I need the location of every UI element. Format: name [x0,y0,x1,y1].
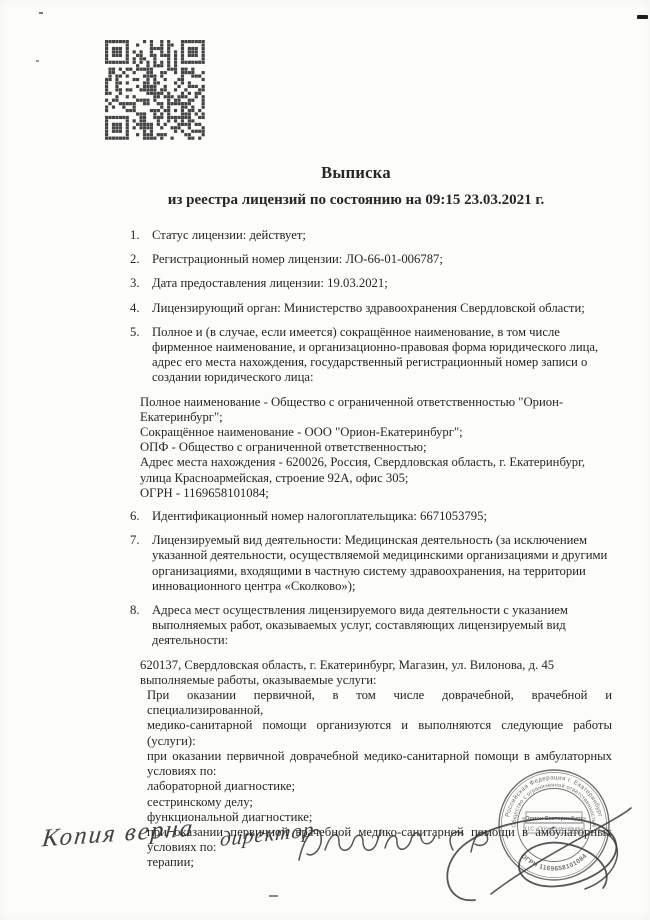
org-line-full-name: Полное наименование - Общество с огранич… [140,395,612,425]
scan-artifact [39,12,43,14]
item-number: 1. [130,228,140,243]
stamp-ogrn-arc: ОГРН 1169658101084 [519,853,588,873]
item-number: 3. [130,276,140,291]
license-item-activity-addresses: 8. Адреса мест осуществления лицензируем… [130,603,614,649]
company-stamp: Российская Федерация г. Екатеринбург Общ… [495,766,613,884]
item-text: Идентификационный номер налогоплательщик… [152,509,487,523]
item-number: 7. [130,533,140,548]
item-number: 4. [130,301,140,316]
license-item-authority: 4. Лицензирующий орган: Министерство здр… [130,301,614,316]
license-item-date: 3. Дата предоставления лицензии: 19.03.2… [130,276,614,291]
item-text: Полное и (в случае, если имеется) сокращ… [152,325,598,385]
item-number: 8. [130,603,140,618]
license-item-inn: 6. Идентификационный номер налогоплатель… [130,509,614,524]
license-item-names: 5. Полное и (в случае, если имеется) сок… [130,325,614,386]
document-subtitle: из реестра лицензий по состоянию на 09:1… [130,192,582,209]
document-header: Выписка из реестра лицензий по состоянию… [130,163,582,209]
item-number: 2. [130,252,140,267]
item-text: Лицензируемый вид деятельности: Медицинс… [152,533,607,593]
document-page: Выписка из реестра лицензий по состоянию… [0,0,650,920]
works-label: выполняемые работы, оказываемые услуги: [140,673,614,688]
scan-artifact [36,60,39,62]
item-number: 5. [130,325,140,340]
stamp-center-name: «Орион-Екатеринбург» [522,815,586,822]
scan-artifact [269,895,278,897]
item-text: Статус лицензии: действует; [152,228,306,242]
org-line-address: Адрес места нахождения - 620026, Россия,… [140,455,612,485]
license-item-activity-type: 7. Лицензируемый вид деятельности: Медиц… [130,533,614,594]
item-text: Адреса мест осуществления лицензируемого… [152,603,568,647]
item-text: Лицензирующий орган: Министерство здраво… [152,301,585,315]
work-line: при оказании первичной доврачебной медик… [147,749,612,764]
activity-address: 620137, Свердловская область, г. Екатери… [140,658,614,673]
qr-code [105,40,205,140]
stamp-center-name-latin: LLC «Orion-Ekaterinburg» [525,827,584,833]
license-item-status: 1. Статус лицензии: действует; [130,228,614,243]
license-item-reg-number: 2. Регистрационный номер лицензии: ЛО-66… [130,252,614,267]
work-line: При оказании первичной, в том числе довр… [147,688,612,718]
org-line-short-name: Сокращённое наименование - ООО "Орион-Ек… [140,425,612,440]
organization-details: Полное наименование - Общество с огранич… [140,395,612,501]
scan-artifact [637,15,648,19]
item-text: Дата предоставления лицензии: 19.03.2021… [152,276,388,290]
item-text: Регистрационный номер лицензии: ЛО-66-01… [152,252,443,266]
org-line-opf: ОПФ - Общество с ограниченной ответствен… [140,440,612,455]
document-title: Выписка [130,163,582,183]
item-number: 6. [130,509,140,524]
work-line: медико-санитарной помощи организуются и … [147,718,612,748]
org-line-ogrn: ОГРН - 1169658101084; [140,486,612,501]
